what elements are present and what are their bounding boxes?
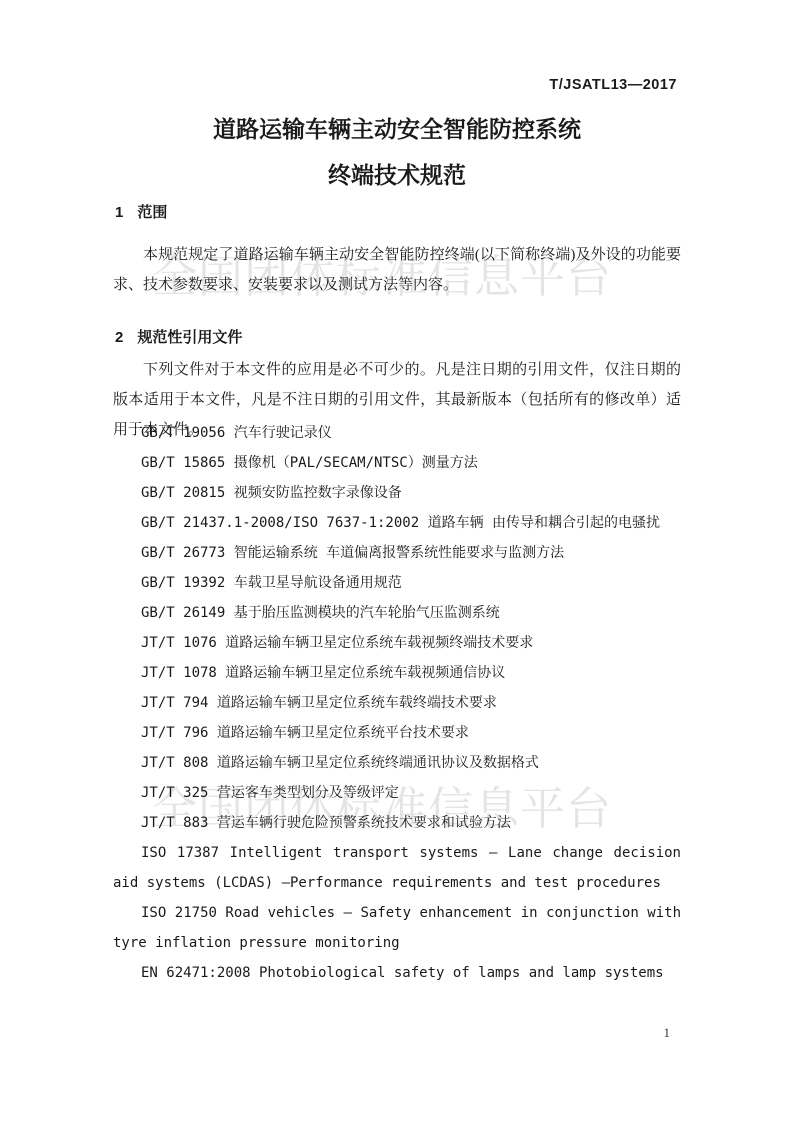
document-title: 道路运输车辆主动安全智能防控系统 终端技术规范 [0, 112, 794, 192]
reference-item: GB/T 21437.1-2008/ISO 7637-1:2002 道路车辆 由… [113, 508, 681, 538]
scope-paragraph: 本规范规定了道路运输车辆主动安全智能防控终端(以下简称终端)及外设的功能要求、技… [113, 240, 681, 300]
reference-item: JT/T 796 道路运输车辆卫星定位系统平台技术要求 [113, 718, 681, 748]
section-heading-references: 2规范性引用文件 [115, 328, 681, 348]
reference-item: ISO 21750 Road vehicles — Safety enhance… [113, 898, 681, 958]
reference-item: GB/T 19392 车载卫星导航设备通用规范 [113, 568, 681, 598]
reference-item: GB/T 26149 基于胎压监测模块的汽车轮胎气压监测系统 [113, 598, 681, 628]
section-number: 1 [115, 203, 123, 223]
document-code: T/JSATL13—2017 [549, 77, 677, 93]
reference-item: JT/T 883 营运车辆行驶危险预警系统技术要求和试验方法 [113, 808, 681, 838]
document-title-line2: 终端技术规范 [0, 158, 794, 192]
reference-item: GB/T 19056 汽车行驶记录仪 [113, 418, 681, 448]
reference-item: JT/T 794 道路运输车辆卫星定位系统车载终端技术要求 [113, 688, 681, 718]
reference-item: JT/T 808 道路运输车辆卫星定位系统终端通讯协议及数据格式 [113, 748, 681, 778]
document-page: 全国团体标准信息平台 全国团体标准信息平台 T/JSATL13—2017 道路运… [0, 0, 794, 1123]
reference-item: GB/T 26773 智能运输系统 车道偏离报警系统性能要求与监测方法 [113, 538, 681, 568]
section-title: 规范性引用文件 [137, 329, 242, 346]
section-number: 2 [115, 328, 123, 348]
reference-item: ISO 17387 Intelligent transport systems … [113, 838, 681, 898]
reference-item: JT/T 325 营运客车类型划分及等级评定 [113, 778, 681, 808]
section-heading-scope: 1范围 [115, 203, 681, 223]
document-title-line1: 道路运输车辆主动安全智能防控系统 [0, 112, 794, 146]
reference-item: EN 62471:2008 Photobiological safety of … [113, 958, 681, 988]
reference-item: JT/T 1076 道路运输车辆卫星定位系统车载视频终端技术要求 [113, 628, 681, 658]
reference-item: JT/T 1078 道路运输车辆卫星定位系统车载视频通信协议 [113, 658, 681, 688]
page-number: 1 [664, 1025, 671, 1041]
reference-item: GB/T 20815 视频安防监控数字录像设备 [113, 478, 681, 508]
section-title: 范围 [137, 204, 167, 221]
reference-item: GB/T 15865 摄像机（PAL/SECAM/NTSC）测量方法 [113, 448, 681, 478]
references-list: GB/T 19056 汽车行驶记录仪GB/T 15865 摄像机（PAL/SEC… [113, 418, 681, 988]
